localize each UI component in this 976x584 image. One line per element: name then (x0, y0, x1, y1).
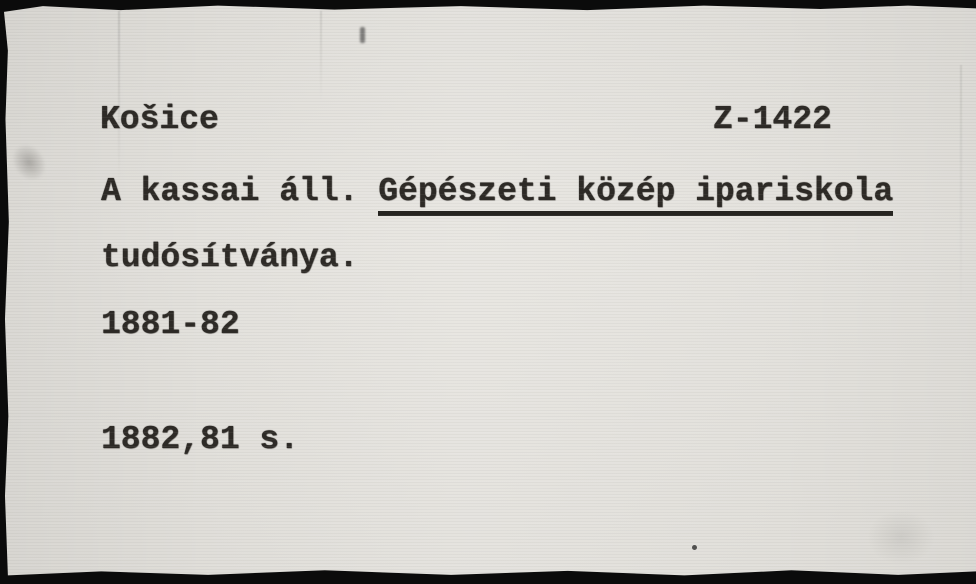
scanned-catalog-card-image: Košice Z-1422 A kassai áll. Gépészeti kö… (0, 0, 976, 584)
card-heading-city: Košice (100, 103, 219, 136)
catalog-card: Košice Z-1422 A kassai áll. Gépészeti kö… (4, 5, 976, 576)
card-title-line: A kassai áll. Gépészeti közép ipariskola (101, 175, 893, 208)
paper-crease (960, 65, 962, 305)
paper-smudge (0, 127, 65, 196)
paper-crease (118, 11, 120, 181)
paper-speck (360, 27, 365, 43)
paper-stain (856, 501, 946, 573)
card-title-underlined: Gépészeti közép ipariskola (378, 175, 893, 216)
paper-crease (320, 11, 322, 101)
card-title-continuation: tudósítványa. (101, 241, 358, 274)
card-year-range: 1881-82 (101, 308, 240, 341)
paper-dot (692, 545, 697, 550)
card-title-prefix: A kassai áll. (101, 173, 378, 210)
card-call-number: Z-1422 (713, 103, 832, 136)
card-holdings-note: 1882,81 s. (101, 423, 299, 456)
